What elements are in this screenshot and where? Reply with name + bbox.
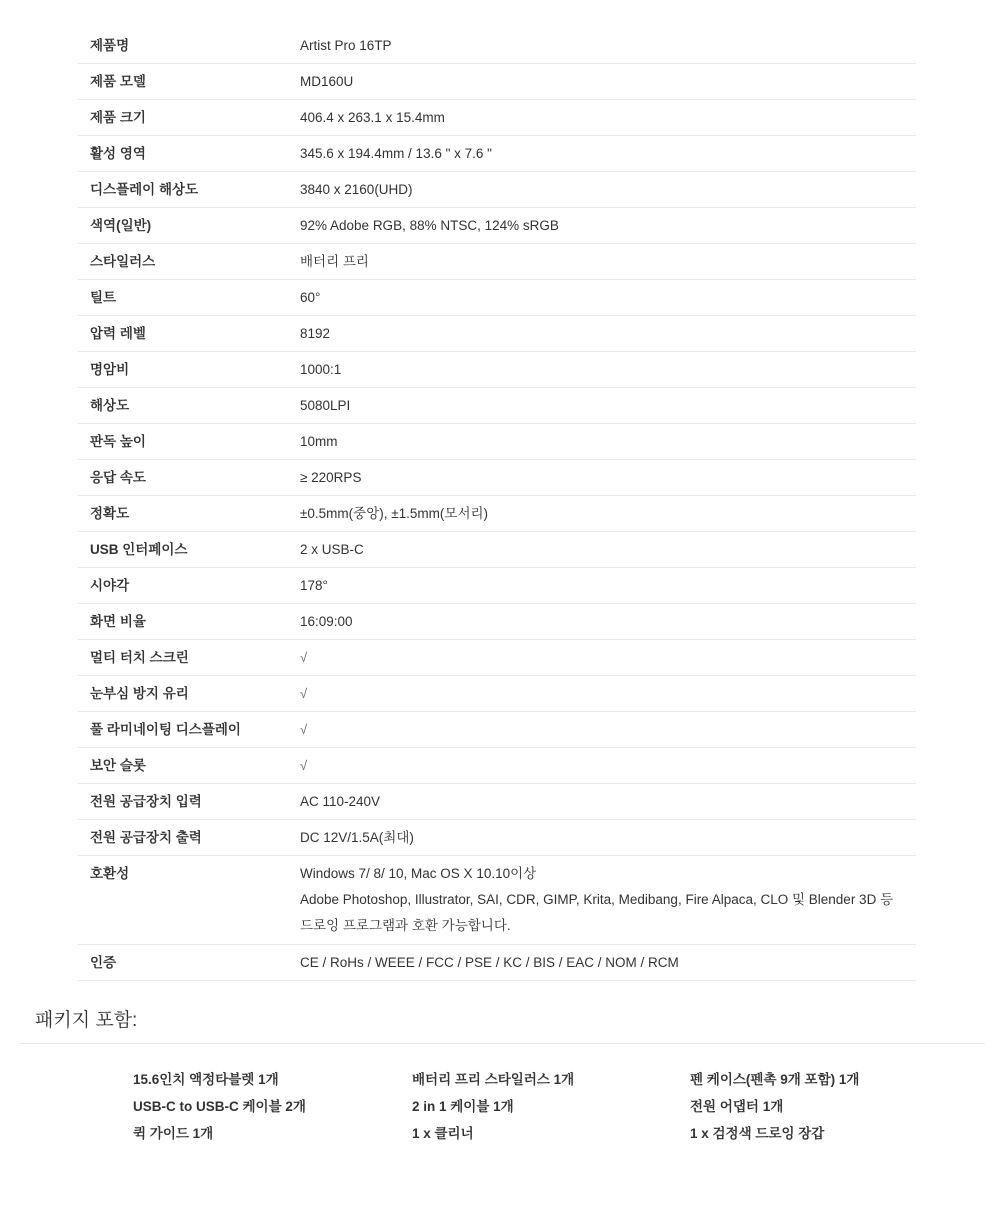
- spec-value: √: [300, 686, 916, 702]
- package-item: 전원 어댑터 1개: [690, 1093, 859, 1120]
- spec-value: 5080LPI: [300, 398, 916, 414]
- spec-label: 활성 영역: [78, 146, 300, 162]
- spec-label: 전원 공급장치 출력: [78, 830, 300, 846]
- package-heading: 패키지 포함:: [35, 1008, 137, 1034]
- spec-value: Windows 7/ 8/ 10, Mac OS X 10.10이상Adobe …: [300, 861, 916, 939]
- spec-row: 시야각178°: [78, 568, 916, 604]
- spec-value: 8192: [300, 326, 916, 342]
- section-divider: [20, 1043, 985, 1044]
- spec-label: 풀 라미네이팅 디스플레이: [78, 722, 300, 738]
- spec-value: √: [300, 758, 916, 774]
- spec-label: 스타일러스: [78, 254, 300, 270]
- spec-label: 전원 공급장치 입력: [78, 794, 300, 810]
- spec-value: √: [300, 722, 916, 738]
- spec-value-line: Windows 7/ 8/ 10, Mac OS X 10.10이상: [300, 861, 908, 887]
- spec-label: 정확도: [78, 506, 300, 522]
- spec-row: 틸트60°: [78, 280, 916, 316]
- package-item: 1 x 클리너: [412, 1120, 690, 1147]
- spec-label: 제품 크기: [78, 110, 300, 126]
- spec-label: 틸트: [78, 290, 300, 306]
- spec-value: 배터리 프리: [300, 254, 916, 270]
- spec-value: ±0.5mm(중앙), ±1.5mm(모서리): [300, 506, 916, 522]
- spec-row: 제품 모델MD160U: [78, 64, 916, 100]
- spec-row: 전원 공급장치 출력DC 12V/1.5A(최대): [78, 820, 916, 856]
- spec-label: 보안 슬롯: [78, 758, 300, 774]
- spec-row: 제품명Artist Pro 16TP: [78, 28, 916, 64]
- spec-label: 디스플레이 해상도: [78, 182, 300, 198]
- spec-row: 응답 속도≥ 220RPS: [78, 460, 916, 496]
- package-item: USB-C to USB-C 케이블 2개: [133, 1093, 412, 1120]
- spec-row: 스타일러스배터리 프리: [78, 244, 916, 280]
- spec-label: 명암비: [78, 362, 300, 378]
- spec-row: 판독 높이10mm: [78, 424, 916, 460]
- spec-row: 해상도5080LPI: [78, 388, 916, 424]
- spec-label: 판독 높이: [78, 434, 300, 450]
- spec-value: 10mm: [300, 434, 916, 450]
- spec-value: 16:09:00: [300, 614, 916, 630]
- spec-row: 화면 비율16:09:00: [78, 604, 916, 640]
- spec-value: AC 110-240V: [300, 794, 916, 810]
- spec-value: 345.6 x 194.4mm / 13.6 " x 7.6 ": [300, 146, 916, 162]
- spec-value: DC 12V/1.5A(최대): [300, 830, 916, 846]
- spec-label: 응답 속도: [78, 470, 300, 486]
- package-item: 15.6인치 액정타블렛 1개: [133, 1066, 412, 1093]
- spec-value: 406.4 x 263.1 x 15.4mm: [300, 110, 916, 126]
- spec-value: 1000:1: [300, 362, 916, 378]
- spec-value: ≥ 220RPS: [300, 470, 916, 486]
- spec-label: 해상도: [78, 398, 300, 414]
- spec-value: 3840 x 2160(UHD): [300, 182, 916, 198]
- spec-row: 전원 공급장치 입력AC 110-240V: [78, 784, 916, 820]
- spec-label: 시야각: [78, 578, 300, 594]
- spec-row: 압력 레벨8192: [78, 316, 916, 352]
- package-column: 15.6인치 액정타블렛 1개USB-C to USB-C 케이블 2개퀵 가이…: [133, 1066, 412, 1147]
- spec-row: 활성 영역345.6 x 194.4mm / 13.6 " x 7.6 ": [78, 136, 916, 172]
- spec-row: 색역(일반)92% Adobe RGB, 88% NTSC, 124% sRGB: [78, 208, 916, 244]
- spec-row: 호환성Windows 7/ 8/ 10, Mac OS X 10.10이상Ado…: [78, 856, 916, 945]
- package-item: 2 in 1 케이블 1개: [412, 1093, 690, 1120]
- package-item: 1 x 검정색 드로잉 장갑: [690, 1120, 859, 1147]
- spec-value: 178°: [300, 578, 916, 594]
- package-column: 배터리 프리 스타일러스 1개2 in 1 케이블 1개1 x 클리너: [412, 1066, 690, 1147]
- spec-row: 디스플레이 해상도3840 x 2160(UHD): [78, 172, 916, 208]
- spec-row: 명암비1000:1: [78, 352, 916, 388]
- spec-row: 눈부심 방지 유리√: [78, 676, 916, 712]
- spec-value: Artist Pro 16TP: [300, 38, 916, 54]
- package-item: 펜 케이스(펜촉 9개 포함) 1개: [690, 1066, 859, 1093]
- spec-row: 제품 크기406.4 x 263.1 x 15.4mm: [78, 100, 916, 136]
- spec-row: 멀티 터치 스크린√: [78, 640, 916, 676]
- spec-label: 제품명: [78, 38, 300, 54]
- spec-row: 인증CE / RoHs / WEEE / FCC / PSE / KC / BI…: [78, 945, 916, 981]
- spec-row: 보안 슬롯√: [78, 748, 916, 784]
- spec-label: 압력 레벨: [78, 326, 300, 342]
- spec-value: MD160U: [300, 74, 916, 90]
- spec-label: 제품 모델: [78, 74, 300, 90]
- spec-row: 정확도±0.5mm(중앙), ±1.5mm(모서리): [78, 496, 916, 532]
- package-item: 배터리 프리 스타일러스 1개: [412, 1066, 690, 1093]
- spec-label: USB 인터페이스: [78, 542, 300, 558]
- spec-value-line: Adobe Photoshop, Illustrator, SAI, CDR, …: [300, 887, 908, 939]
- spec-value: CE / RoHs / WEEE / FCC / PSE / KC / BIS …: [300, 955, 916, 971]
- spec-value: 60°: [300, 290, 916, 306]
- spec-label: 색역(일반): [78, 218, 300, 234]
- spec-label: 눈부심 방지 유리: [78, 686, 300, 702]
- package-grid: 15.6인치 액정타블렛 1개USB-C to USB-C 케이블 2개퀵 가이…: [133, 1066, 859, 1147]
- spec-table: 제품명Artist Pro 16TP제품 모델MD160U제품 크기406.4 …: [78, 28, 916, 981]
- spec-value: √: [300, 650, 916, 666]
- spec-label: 멀티 터치 스크린: [78, 650, 300, 666]
- package-column: 펜 케이스(펜촉 9개 포함) 1개전원 어댑터 1개1 x 검정색 드로잉 장…: [690, 1066, 859, 1147]
- spec-row: USB 인터페이스2 x USB-C: [78, 532, 916, 568]
- package-item: 퀵 가이드 1개: [133, 1120, 412, 1147]
- spec-row: 풀 라미네이팅 디스플레이√: [78, 712, 916, 748]
- spec-label: 호환성: [78, 861, 300, 882]
- spec-value: 2 x USB-C: [300, 542, 916, 558]
- spec-label: 화면 비율: [78, 614, 300, 630]
- spec-value: 92% Adobe RGB, 88% NTSC, 124% sRGB: [300, 218, 916, 234]
- spec-label: 인증: [78, 955, 300, 971]
